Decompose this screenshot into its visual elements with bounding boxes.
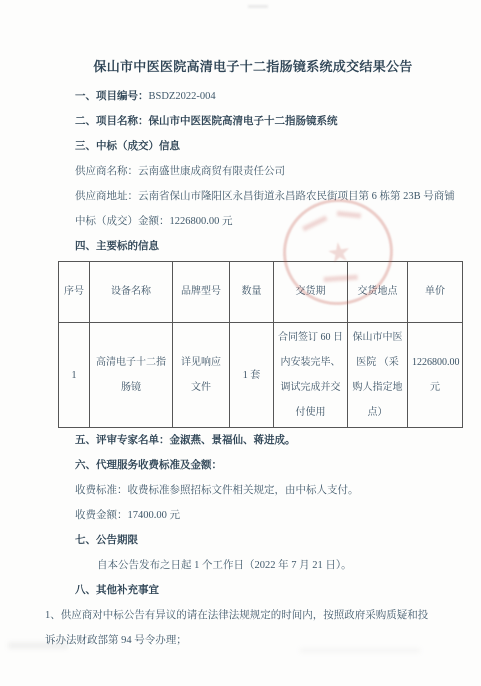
cell-quantity: 1 套 bbox=[230, 323, 274, 428]
scanned-document-page: 保山市中医医院高清电子十二指肠镜系统成交结果公告 一、项目编号：BSDZ2022… bbox=[0, 0, 481, 686]
cell-delivery-place: 保山市中医医院 （采购人指定地点） bbox=[348, 323, 408, 428]
col-header-unit-price: 单价 bbox=[408, 262, 463, 323]
agency-fee-heading: 六、代理服务收费标准及金额： bbox=[45, 453, 461, 478]
col-header-brand-model: 品牌型号 bbox=[173, 262, 230, 323]
scan-smudge bbox=[8, 642, 68, 649]
project-number-line: 一、项目编号：BSDZ2022-004 bbox=[45, 84, 461, 109]
supplier-name-line: 供应商名称：云南盛世康成商贸有限责任公司 bbox=[45, 159, 461, 184]
col-header-device-name: 设备名称 bbox=[90, 262, 173, 323]
supplement-line-1: 1、供应商对中标公告有异议的请在法律法规规定的时间内，按照政府采购质疑和投 bbox=[45, 603, 461, 628]
seal-text-mark bbox=[337, 211, 361, 218]
award-info-heading: 三、中标（成交）信息 bbox=[45, 134, 461, 159]
seal-star-icon bbox=[327, 240, 352, 265]
cell-brand-model: 详见响应文件 bbox=[173, 323, 230, 428]
cell-device-name: 高清电子十二指肠镜 bbox=[90, 323, 173, 428]
cell-unit-price: 1226800.00 元 bbox=[408, 323, 463, 428]
scan-smudge bbox=[300, 648, 420, 653]
col-header-index: 序号 bbox=[59, 262, 90, 323]
supplier-address-line: 供应商地址：云南省保山市隆阳区永昌街道永昌路农民街项目第 6 栋第 23B 号商… bbox=[45, 184, 461, 209]
cell-delivery-time: 合同签订 60 日内安装完毕、调试完成并交付使用 bbox=[274, 323, 348, 428]
supplement-heading: 八、其他补充事宜 bbox=[45, 578, 461, 603]
col-header-quantity: 数量 bbox=[230, 262, 274, 323]
cell-index: 1 bbox=[59, 323, 90, 428]
document-body: 保山市中医医院高清电子十二指肠镜系统成交结果公告 一、项目编号：BSDZ2022… bbox=[45, 56, 461, 653]
experts-line: 五、评审专家名单：金淑燕、景福仙、蒋进成。 bbox=[45, 428, 461, 453]
main-subject-table: 序号 设备名称 品牌型号 数量 交货期 交货地点 单价 1 高清电子十二指肠镜 … bbox=[58, 261, 463, 428]
seal-text-mark bbox=[324, 275, 358, 282]
document-title: 保山市中医医院高清电子十二指肠镜系统成交结果公告 bbox=[45, 56, 461, 78]
scan-smudge bbox=[248, 5, 268, 8]
seal-text-mark bbox=[302, 216, 328, 232]
project-number-label: 一、项目编号： bbox=[75, 90, 149, 102]
notice-period-body: 自本公告发布之日起 1 个工作日（2022 年 7 月 21 日）。 bbox=[45, 553, 461, 578]
table-header-row: 序号 设备名称 品牌型号 数量 交货期 交货地点 单价 bbox=[59, 262, 463, 323]
table-row: 1 高清电子十二指肠镜 详见响应文件 1 套 合同签订 60 日内安装完毕、调试… bbox=[59, 323, 463, 428]
fee-standard-line: 收费标准：收费标准参照招标文件相关规定，由中标人支付。 bbox=[45, 478, 461, 503]
main-subject-heading: 四、主要标的信息 bbox=[45, 234, 461, 259]
fee-amount-line: 收费金额：17400.00 元 bbox=[45, 503, 461, 528]
project-number-value: BSDZ2022-004 bbox=[149, 91, 216, 102]
award-amount-line: 中标（成交）金额：1226800.00 元 bbox=[45, 209, 461, 234]
notice-period-heading: 七、公告期限 bbox=[45, 528, 461, 553]
project-name-line: 二、项目名称：保山市中医医院高清电子十二指肠镜系统 bbox=[45, 109, 461, 134]
